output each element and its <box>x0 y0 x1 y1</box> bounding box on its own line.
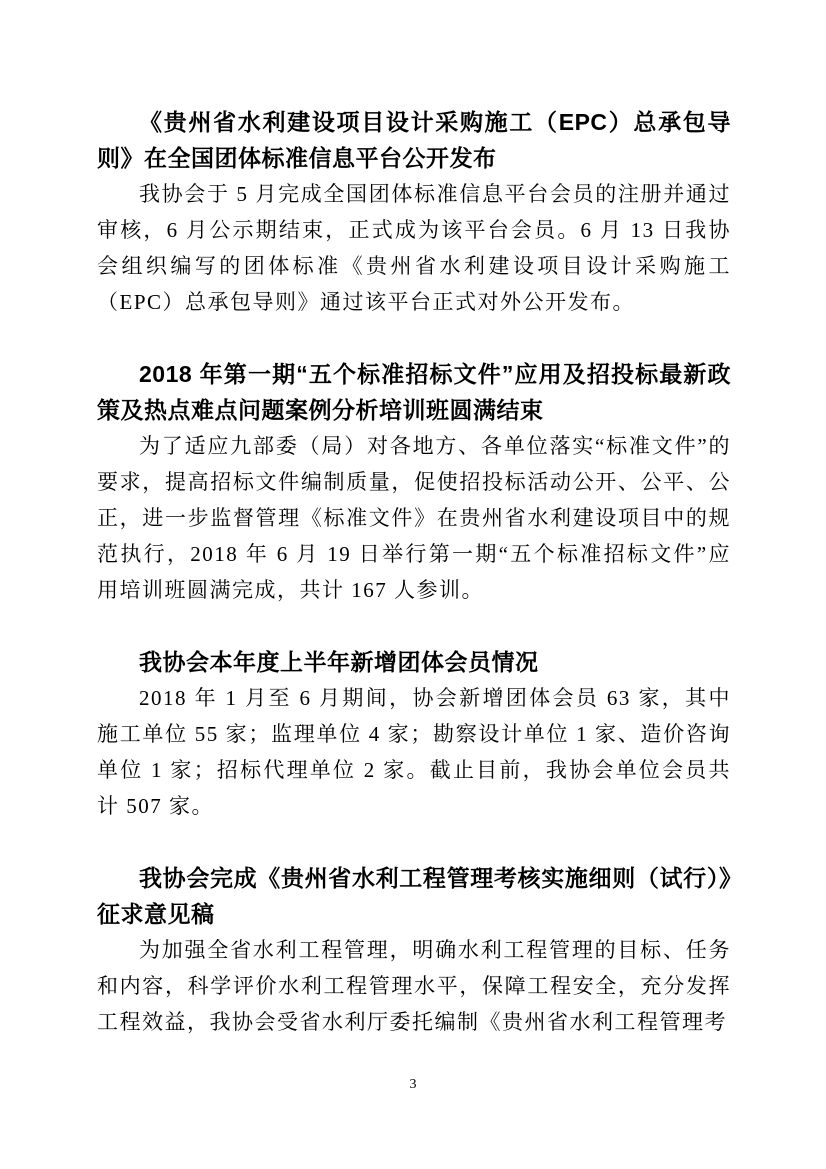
section-epc-standard-published: 《贵州省水利建设项目设计采购施工（EPC）总承包导则》在全国团体标准信息平台公开… <box>97 104 731 320</box>
section-heading: 我协会本年度上半年新增团体会员情况 <box>97 644 731 680</box>
section-body: 我协会于 5 月完成全国团体标准信息平台会员的注册并通过审核，6 月公示期结束，… <box>97 176 731 320</box>
section-heading: 我协会完成《贵州省水利工程管理考核实施细则（试行）》征求意见稿 <box>97 860 731 932</box>
section-body: 为加强全省水利工程管理，明确水利工程管理的目标、任务和内容，科学评价水利工程管理… <box>97 932 731 1040</box>
page-number: 3 <box>0 1076 826 1094</box>
document-page: 《贵州省水利建设项目设计采购施工（EPC）总承包导则》在全国团体标准信息平台公开… <box>0 0 826 1169</box>
section-body: 2018 年 1 月至 6 月期间，协会新增团体会员 63 家，其中施工单位 5… <box>97 680 731 824</box>
section-draft-for-comments: 我协会完成《贵州省水利工程管理考核实施细则（试行）》征求意见稿 为加强全省水利工… <box>97 860 731 1040</box>
section-training-class-completed: 2018 年第一期“五个标准招标文件”应用及招投标最新政策及热点难点问题案例分析… <box>97 356 731 608</box>
section-heading: 2018 年第一期“五个标准招标文件”应用及招投标最新政策及热点难点问题案例分析… <box>97 356 731 428</box>
section-body: 为了适应九部委（局）对各地方、各单位落实“标准文件”的要求，提高招标文件编制质量… <box>97 428 731 608</box>
section-new-members: 我协会本年度上半年新增团体会员情况 2018 年 1 月至 6 月期间，协会新增… <box>97 644 731 824</box>
section-heading: 《贵州省水利建设项目设计采购施工（EPC）总承包导则》在全国团体标准信息平台公开… <box>97 104 731 176</box>
